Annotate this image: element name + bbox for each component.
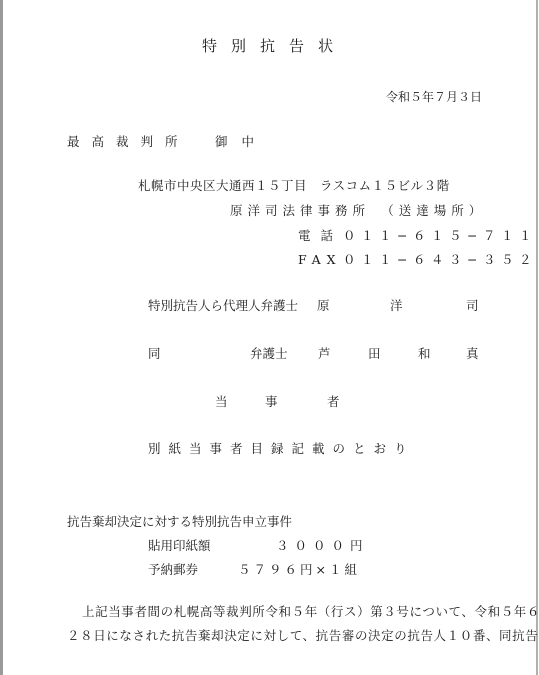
co-representative-label: 同 bbox=[148, 346, 161, 362]
fax-label: FAX bbox=[298, 252, 342, 268]
representative-name-part: 洋 bbox=[390, 298, 403, 314]
case-title: 抗告棄却決定に対する特別抗告申立事件 bbox=[67, 514, 292, 530]
body-paragraph-line: ２８日になされた抗告棄却決定に対して、抗告審の決定の抗告人１０番、同抗告人 bbox=[67, 628, 539, 644]
tel-number: ０１１−６１５−７１１０ bbox=[343, 228, 539, 244]
document-date: 令和５年７月３日 bbox=[386, 89, 482, 105]
document-title: 特別抗告状 bbox=[0, 38, 539, 54]
body-paragraph-line: 上記当事者間の札幌高等裁判所令和５年（行ス）第３号について、令和５年６月 bbox=[82, 604, 539, 620]
page-right-edge bbox=[536, 0, 538, 675]
representative-label: 特別抗告人ら代理人弁護士 bbox=[148, 298, 298, 314]
tel-label: 電話 bbox=[298, 228, 343, 244]
fee-value: ５７９６円×１組 bbox=[238, 562, 360, 578]
co-representative-title: 弁護士 bbox=[250, 346, 288, 362]
addressee-honorific: 御中 bbox=[215, 134, 268, 150]
co-representative-name-part: 和 bbox=[418, 346, 431, 362]
co-representative-name-part: 田 bbox=[368, 346, 381, 362]
sender-office: 原洋司法律事務所 （送達場所） bbox=[230, 203, 486, 219]
sender-address: 札幌市中央区大通西１５丁目 ラスコム１５ビル３階 bbox=[138, 178, 450, 194]
representative-name-part: 司 bbox=[466, 298, 479, 314]
fee-label: 貼用印紙額 bbox=[148, 538, 211, 554]
addressee-court: 最高裁判所 bbox=[67, 134, 190, 150]
parties-heading-part: 当 bbox=[215, 394, 228, 410]
fee-label: 予納郵券 bbox=[148, 562, 198, 578]
parties-heading-part: 事 bbox=[265, 394, 278, 410]
fee-value: ３０００円 bbox=[276, 538, 369, 554]
parties-reference: 別紙当事者目録記載のとおり bbox=[148, 441, 415, 457]
co-representative-name-part: 芦 bbox=[318, 346, 331, 362]
parties-heading-part: 者 bbox=[327, 394, 340, 410]
representative-name-part: 原 bbox=[317, 298, 330, 314]
fax-number: ０１１−６４３−３５２２ bbox=[343, 252, 539, 268]
co-representative-name-part: 真 bbox=[466, 346, 479, 362]
page-left-edge bbox=[0, 0, 3, 675]
